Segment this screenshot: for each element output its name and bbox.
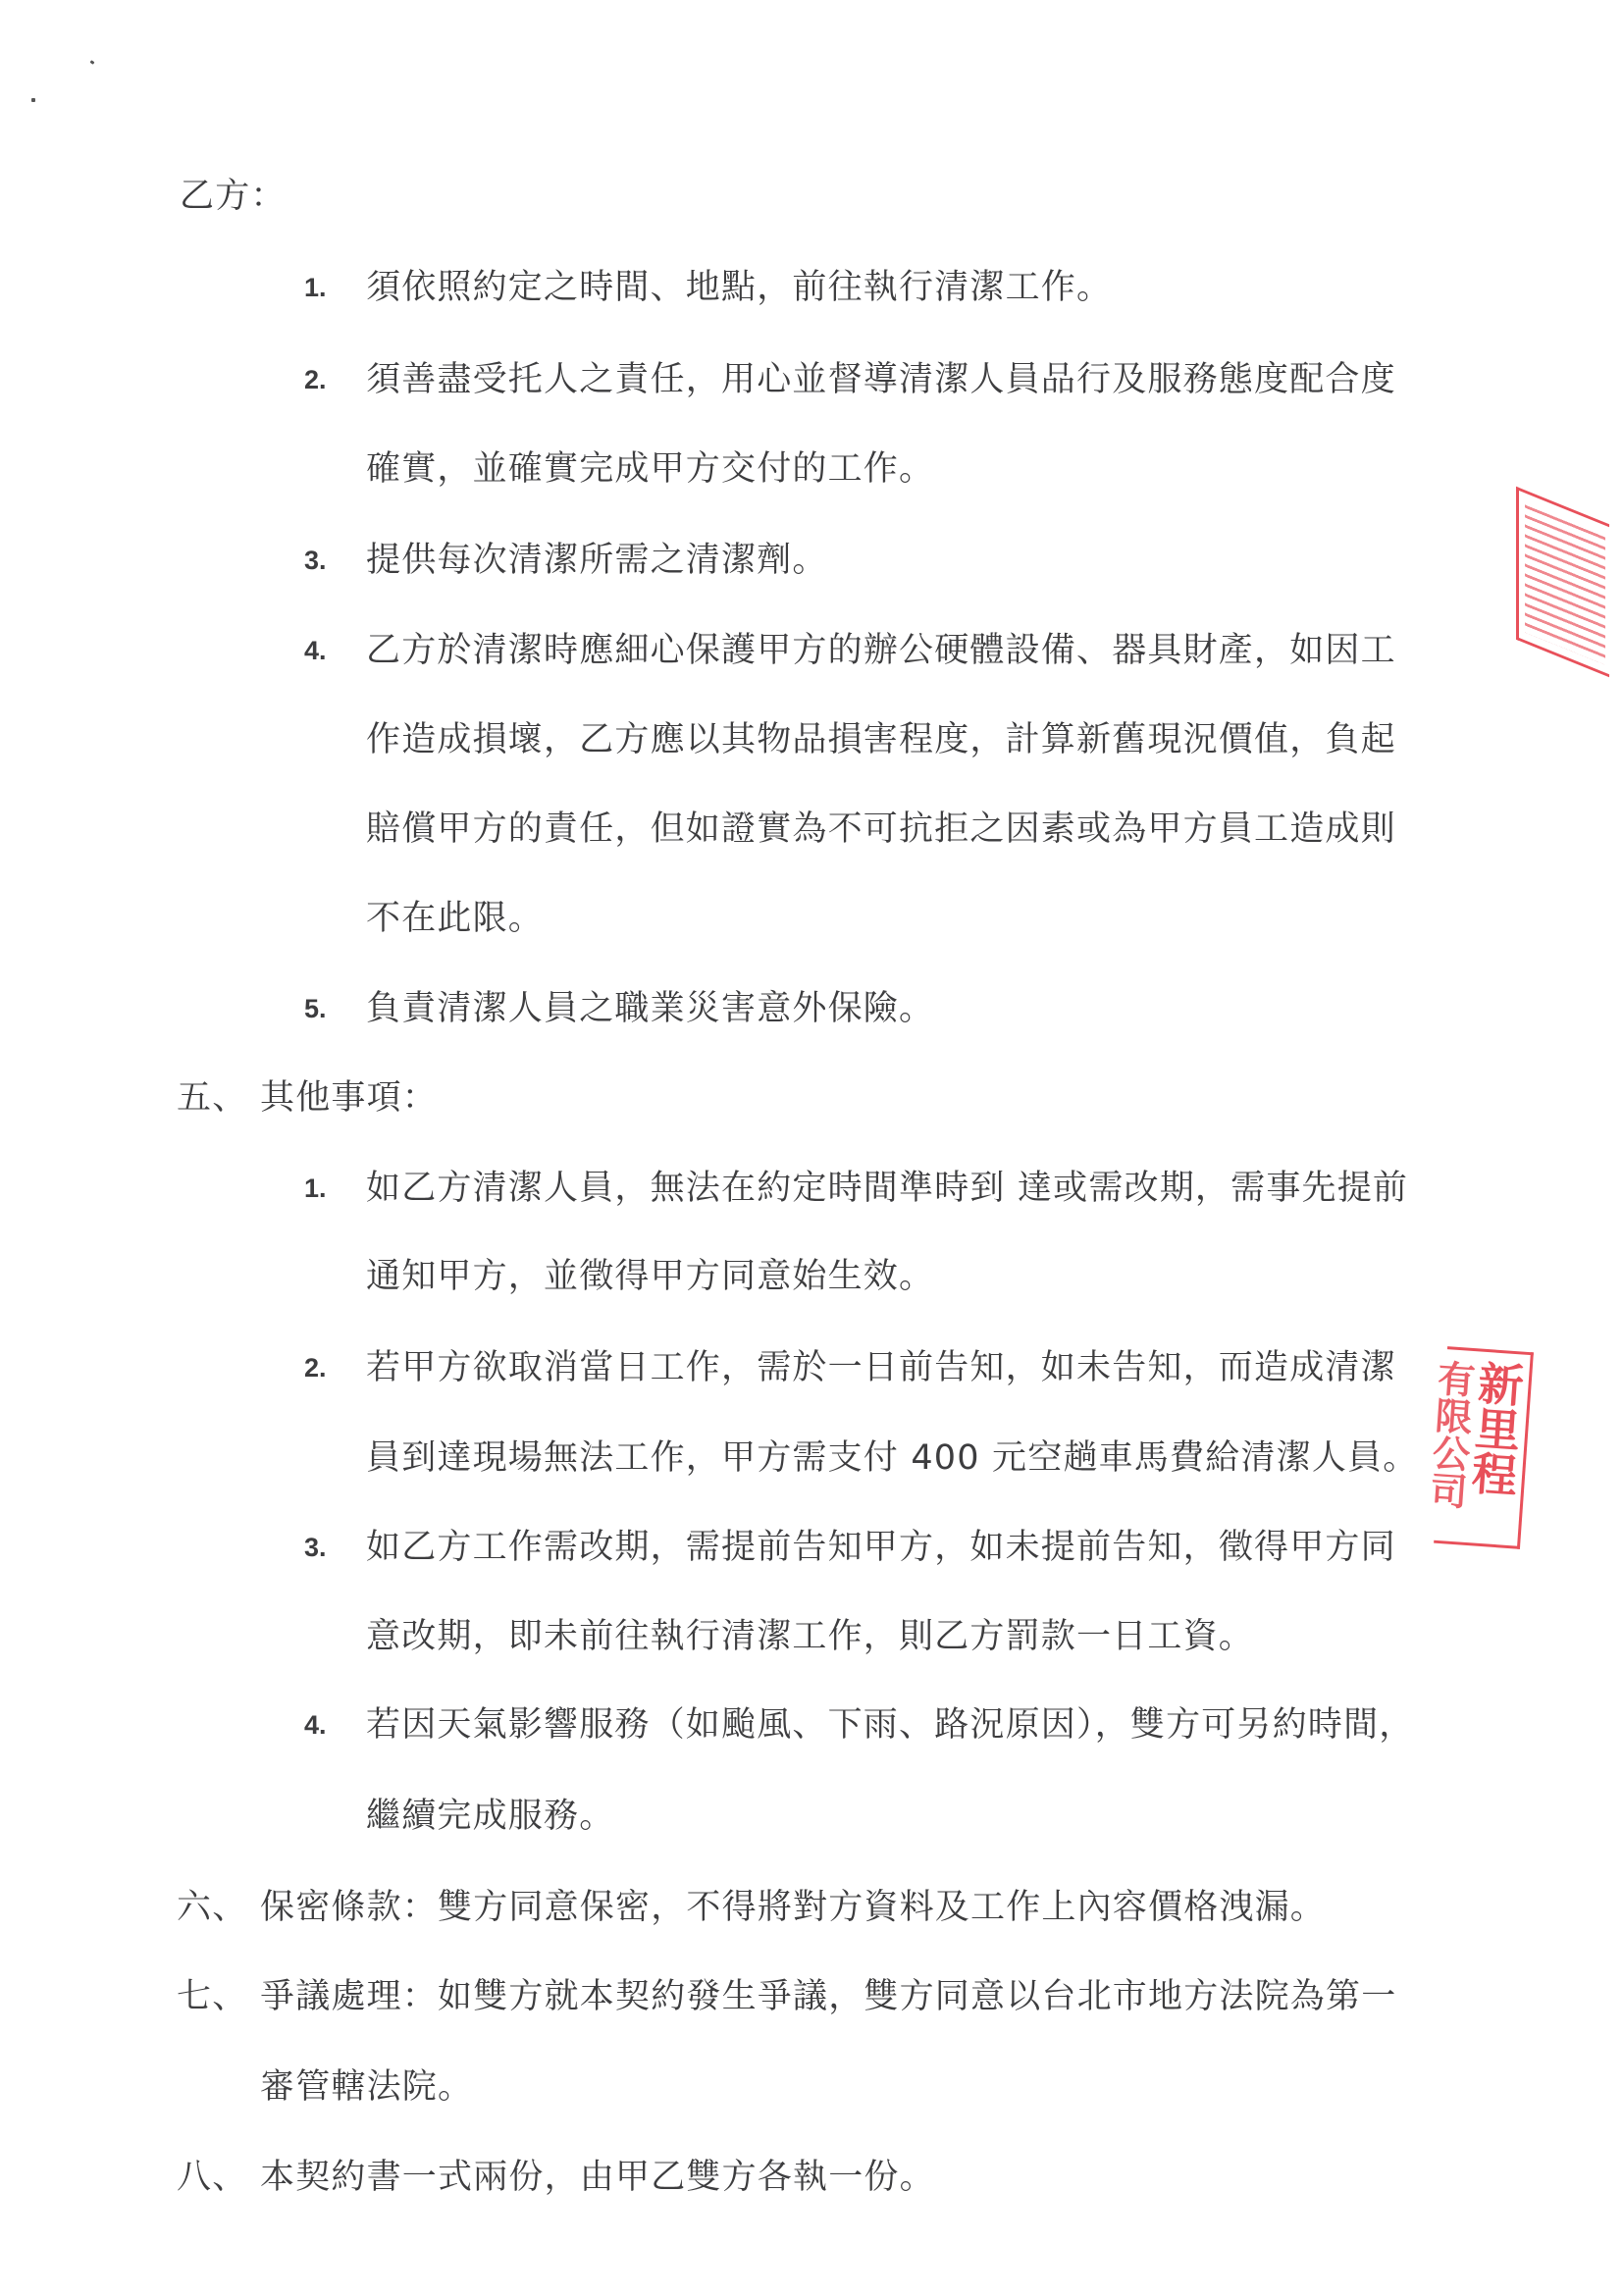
seal-stamp-partial bbox=[1516, 487, 1609, 677]
section-5-item-2: 若甲方欲取消當日工作，需於一日前告知，如未告知，而造成清潔 bbox=[366, 1346, 1396, 1389]
section-5-item-1-cont: 通知甲方，並徵得甲方同意始生效。 bbox=[366, 1255, 934, 1298]
contract-page: 乙方： 1. 須依照約定之時間、地點，前往執行清潔工作。 2. 須善盡受托人之責… bbox=[0, 0, 1623, 2296]
party-b-item-1: 須依照約定之時間、地點，前往執行清潔工作。 bbox=[366, 266, 1112, 309]
party-b-item-2-cont: 確實，並確實完成甲方交付的工作。 bbox=[366, 447, 934, 491]
section-5-item-2-cont: 員到達現場無法工作，甲方需支付 400 元空趟車馬費給清潔人員。 bbox=[366, 1436, 1418, 1480]
section-7-label: 七、 bbox=[177, 1975, 247, 2018]
section-7-text-cont: 審管轄法院。 bbox=[260, 2065, 473, 2109]
section-5-item-4-cont: 繼續完成服務。 bbox=[366, 1795, 614, 1838]
section-5-title: 其他事項： bbox=[260, 1076, 438, 1120]
scan-speck bbox=[31, 98, 35, 102]
company-seal-stamp: 新里程 有限公司 bbox=[1434, 1346, 1534, 1549]
item-number: 1. bbox=[304, 1167, 327, 1210]
section-6-label: 六、 bbox=[177, 1886, 247, 1929]
item-number: 3. bbox=[304, 1526, 327, 1569]
item-number: 3. bbox=[304, 539, 327, 582]
party-b-heading: 乙方： bbox=[180, 175, 287, 218]
party-b-item-5: 負責清潔人員之職業災害意外保險。 bbox=[366, 987, 934, 1030]
scan-speck bbox=[90, 60, 95, 65]
section-5-item-3: 如乙方工作需改期，需提前告知甲方，如未提前告知，徵得甲方同 bbox=[366, 1526, 1396, 1569]
item-number: 2. bbox=[304, 1346, 327, 1389]
party-b-item-4: 乙方於清潔時應細心保護甲方的辦公硬體設備、器具財產，如因工 bbox=[366, 629, 1396, 672]
item-number: 4. bbox=[304, 629, 327, 672]
party-b-item-3: 提供每次清潔所需之清潔劑。 bbox=[366, 539, 828, 582]
section-8-text: 本契約書一式兩份，由甲乙雙方各執一份。 bbox=[260, 2156, 935, 2199]
section-5-label: 五、 bbox=[177, 1076, 247, 1120]
item-number: 5. bbox=[304, 987, 327, 1030]
section-5-item-3-cont: 意改期，即未前往執行清潔工作，則乙方罰款一日工資。 bbox=[366, 1615, 1254, 1658]
item-number: 2. bbox=[304, 358, 327, 401]
party-b-item-2: 須善盡受托人之責任，用心並督導清潔人員品行及服務態度配合度 bbox=[366, 358, 1396, 401]
section-7-text: 爭議處理：如雙方就本契約發生爭議，雙方同意以台北市地方法院為第一 bbox=[260, 1975, 1396, 2018]
section-5-item-4: 若因天氣影響服務（如颱風、下雨、路況原因），雙方可另約時間， bbox=[366, 1703, 1415, 1747]
item-number: 4. bbox=[304, 1703, 327, 1747]
item-number: 1. bbox=[304, 266, 327, 309]
section-6-text: 保密條款：雙方同意保密，不得將對方資料及工作上內容價格洩漏。 bbox=[260, 1886, 1326, 1929]
seal-company-suffix: 有限公司 bbox=[1420, 1358, 1479, 1510]
seal-pattern-icon bbox=[1525, 500, 1605, 664]
party-b-item-4-cont: 賠償甲方的責任，但如證實為不可抗拒之因素或為甲方員工造成則 bbox=[366, 808, 1396, 851]
party-b-item-4-cont: 不在此限。 bbox=[366, 897, 544, 940]
section-8-label: 八、 bbox=[177, 2156, 247, 2199]
section-5-item-1: 如乙方清潔人員，無法在約定時間準時到 達或需改期，需事先提前 bbox=[366, 1167, 1408, 1210]
party-b-item-4-cont: 作造成損壞，乙方應以其物品損害程度，計算新舊現況價值，負起 bbox=[366, 718, 1396, 761]
